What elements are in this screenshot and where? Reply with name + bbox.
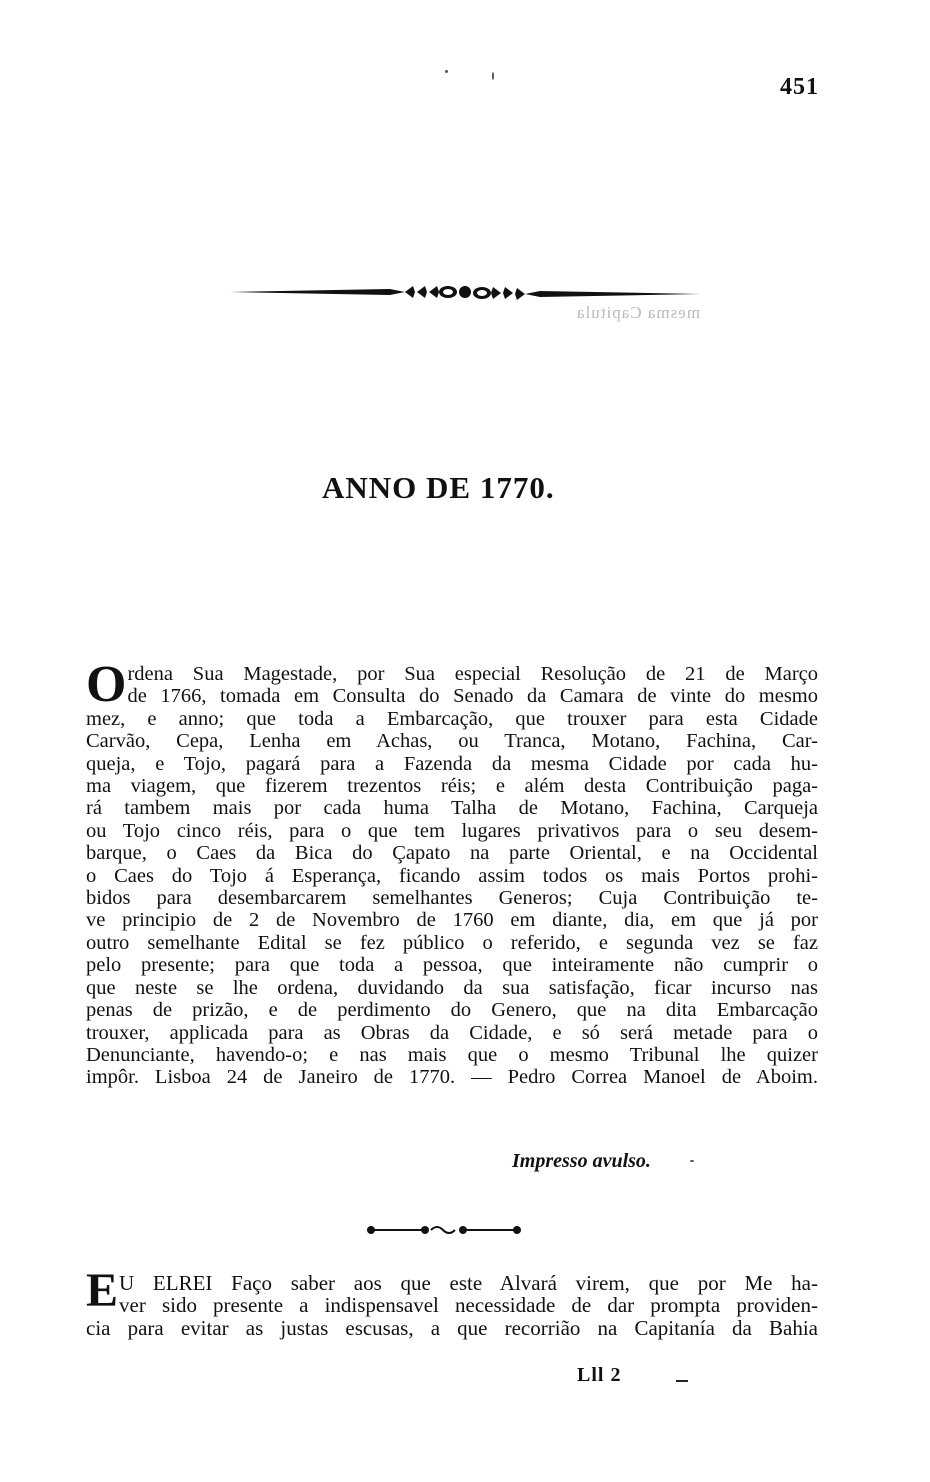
- text-line: queja, e Tojo, pagará para a Fazenda da …: [86, 753, 818, 775]
- section-separator-ornament: [365, 1222, 525, 1238]
- catchword-mark: [676, 1380, 688, 1382]
- drop-cap: E: [86, 1274, 118, 1308]
- text-line: U ELREI Faço saber aos que este Alvará v…: [86, 1272, 818, 1294]
- text-line: ou Tojo cinco réis, para o que tem lugar…: [86, 820, 818, 842]
- ink-speck: [690, 1160, 694, 1162]
- text-line: bidos para desembarcarem semelhantes Gen…: [86, 887, 818, 909]
- year-heading: ANNO DE 1770.: [322, 470, 555, 506]
- ink-speck: [492, 72, 494, 80]
- text-line: cia para evitar as justas escusas, a que…: [86, 1317, 818, 1339]
- text-line: de 1766, tomada em Consulta do Senado da…: [86, 685, 818, 707]
- page-number: 451: [780, 74, 819, 101]
- ink-speck: [445, 70, 448, 73]
- text-line: rá tambem mais por cada huma Talha de Mo…: [86, 797, 818, 819]
- edict-paragraph: O rdena Sua Magestade, por Sua especial …: [86, 663, 818, 1089]
- text-line: impôr. Lisboa 24 de Janeiro de 1770. — P…: [86, 1066, 818, 1088]
- text-line: barque, o Caes da Bica do Çapato na part…: [86, 842, 818, 864]
- text-line: o Caes do Tojo á Esperança, ficando assi…: [86, 865, 818, 887]
- bleed-through-text: mesma Capitula: [225, 303, 700, 323]
- text-line: Carvão, Cepa, Lenha em Achas, ou Tranca,…: [86, 730, 818, 752]
- text-line: Denunciante, havendo-o; e nas mais que o…: [86, 1044, 818, 1066]
- alvara-paragraph: E U ELREI Faço saber aos que este Alvará…: [86, 1272, 818, 1339]
- text-line: ver sido presente a indispensavel necess…: [86, 1294, 818, 1316]
- text-line: penas de prizão, e de perdimento do Gene…: [86, 999, 818, 1021]
- text-line: ve principio de 2 de Novembro de 1760 em…: [86, 909, 818, 931]
- text-line: outro semelhante Edital se fez público o…: [86, 932, 818, 954]
- text-line: rdena Sua Magestade, por Sua especial Re…: [86, 663, 818, 685]
- text-line: trouxer, applicada para as Obras da Cida…: [86, 1022, 818, 1044]
- decorative-rule-ornament: [230, 280, 700, 304]
- text-line: que neste se lhe ordena, duvidando da su…: [86, 977, 818, 999]
- text-line: pelo presente; para que toda a pessoa, q…: [86, 954, 818, 976]
- drop-cap: O: [86, 665, 126, 705]
- text-line: ma viagem, que fizerem trezentos réis; e…: [86, 775, 818, 797]
- text-line: mez, e anno; que toda a Embarcação, que …: [86, 708, 818, 730]
- imprint-note: Impresso avulso.: [512, 1150, 651, 1173]
- signature-mark: Lll 2: [577, 1364, 621, 1387]
